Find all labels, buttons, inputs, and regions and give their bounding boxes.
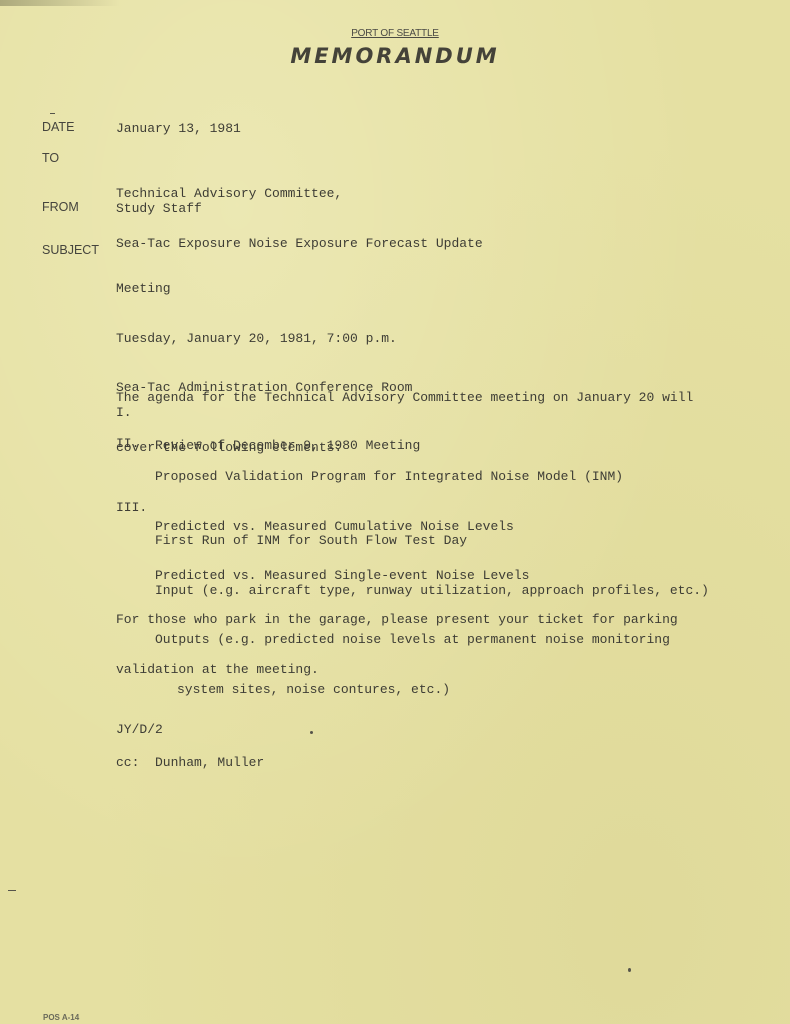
agenda-number: I. [116,405,132,422]
subject-line: Tuesday, January 20, 1981, 7:00 p.m. [116,331,412,348]
memo-title: MEMORANDUM [0,44,790,68]
memo-page: PORT OF SEATTLE MEMORANDUM DATE January … [0,0,790,1024]
subject-label: SUBJECT [42,243,99,257]
from-value: Study Staff [116,201,202,218]
form-code: POS A-14 [43,1013,79,1022]
organization-name: PORT OF SEATTLE [0,28,790,39]
subject-line: Meeting [116,281,412,298]
from-label: FROM [42,200,79,214]
parking-note-line: validation at the meeting. [116,662,678,679]
margin-mark [8,890,16,891]
agenda-item-title: Proposed Validation Program for Integrat… [155,469,623,486]
parking-note: For those who park in the garage, please… [116,579,678,711]
reference-initials: JY/D/2 [116,722,163,739]
parking-note-line: For those who park in the garage, please… [116,612,678,629]
page-edge-shadow [0,0,120,6]
agenda-item-title: First Run of INM for South Flow Test Day [155,533,709,550]
margin-mark [50,113,55,114]
date-value: January 13, 1981 [116,121,241,138]
ink-speck [628,968,631,972]
ink-speck [310,731,313,734]
date-label: DATE [42,120,74,134]
to-label: TO [42,151,59,165]
agenda-number: III. [116,500,147,517]
cc-line: cc: Dunham, Muller [116,755,264,772]
agenda-number: II. [116,436,139,453]
